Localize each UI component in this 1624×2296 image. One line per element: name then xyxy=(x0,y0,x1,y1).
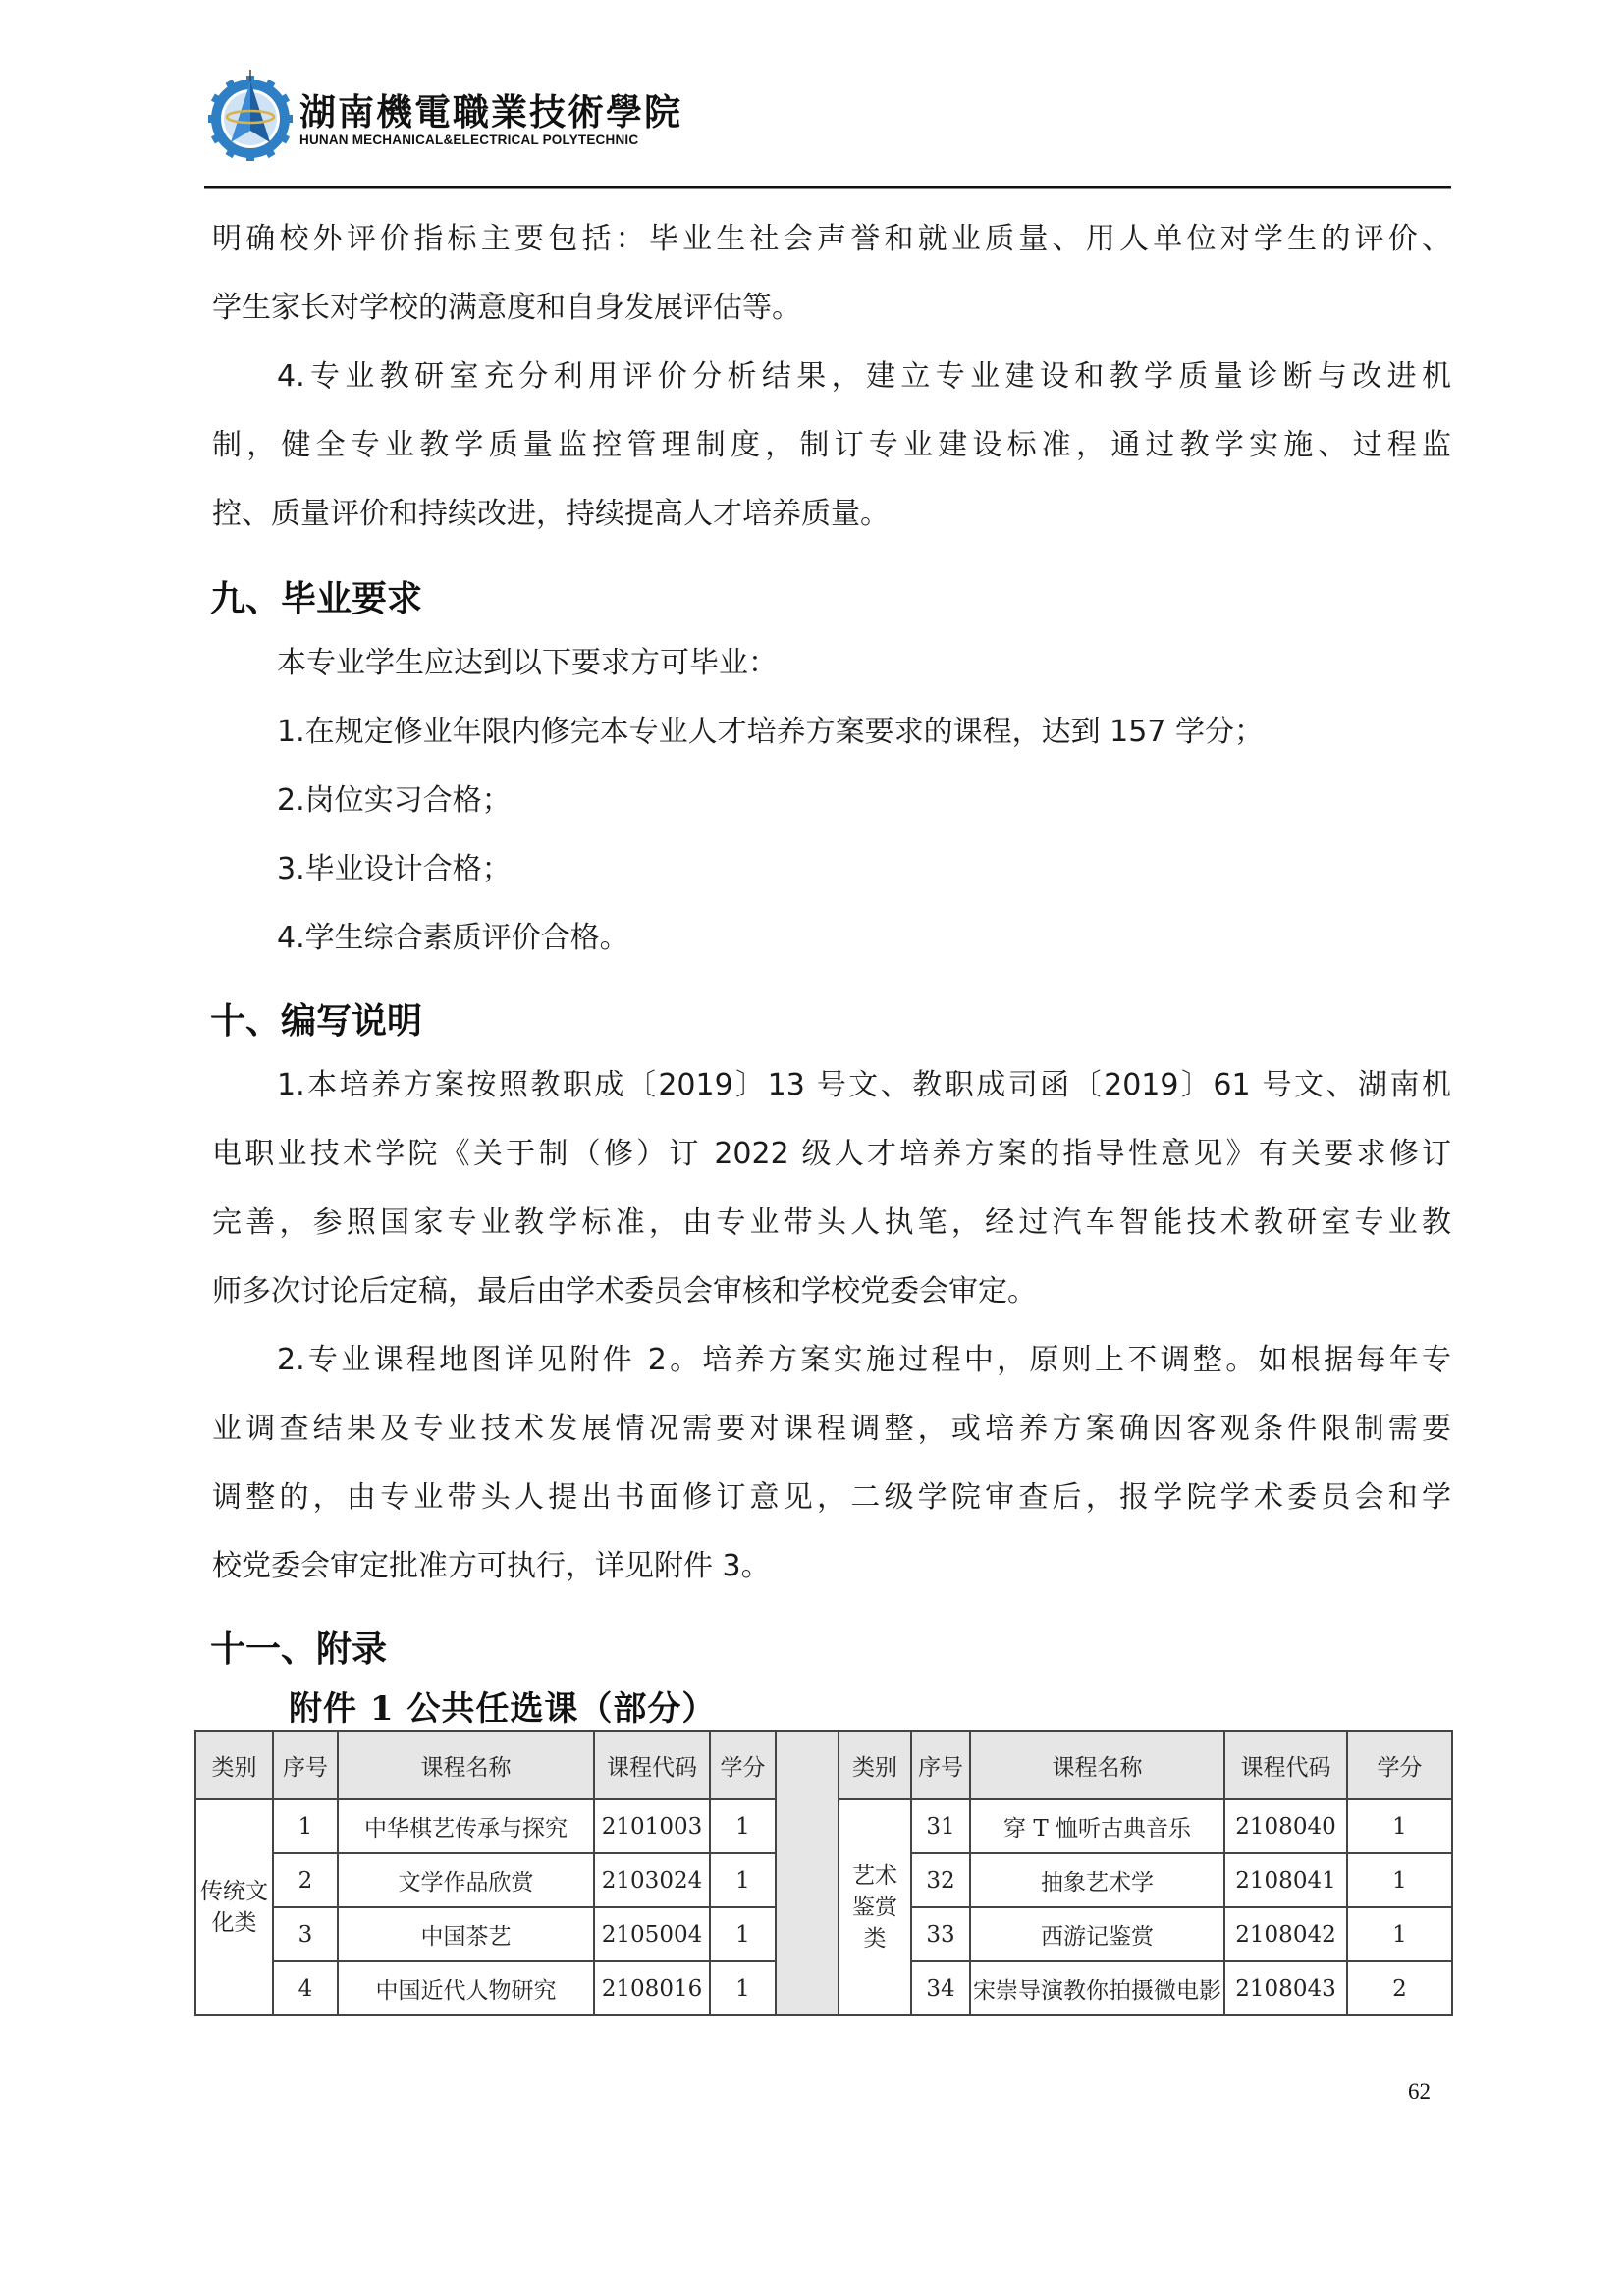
section-heading-notes: 十、编写说明 xyxy=(210,993,422,1043)
course-code: 2108016 xyxy=(594,1961,710,2015)
paragraph-line: 本专业学生应达到以下要求方可毕业： xyxy=(277,646,1451,681)
header-number: 序号 xyxy=(911,1731,970,1799)
paragraph-line: 业调查结果及专业技术发展情况需要对课程调整，或培养方案确因客观条件限制需要 xyxy=(212,1412,1451,1447)
course-credit: 1 xyxy=(1347,1907,1452,1961)
course-code: 2108040 xyxy=(1224,1799,1347,1853)
course-number: 31 xyxy=(911,1799,970,1853)
course-number: 32 xyxy=(911,1853,970,1907)
table-header-row: 类别 序号 课程名称 课程代码 学分 类别 序号 课程名称 课程代码 学分 xyxy=(195,1731,1452,1799)
header-logo xyxy=(208,65,293,161)
course-code: 2108042 xyxy=(1224,1907,1347,1961)
paragraph-line: 电职业技术学院《关于制（修）订 2022 级人才培养方案的指导性意见》有关要求修… xyxy=(212,1137,1451,1172)
table-spacer-column xyxy=(776,1731,839,2015)
elective-courses-table: 类别 序号 课程名称 课程代码 学分 类别 序号 课程名称 课程代码 学分 传统… xyxy=(194,1730,1453,2016)
course-code: 2103024 xyxy=(594,1853,710,1907)
course-name: 西游记鉴赏 xyxy=(970,1907,1224,1961)
requirement-item: 1.在规定修业年限内修完本专业人才培养方案要求的课程，达到 157 学分； xyxy=(277,715,1451,750)
header-course-code: 课程代码 xyxy=(1224,1731,1347,1799)
paragraph-line: 调整的，由专业带头人提出书面修订意见，二级学院审查后，报学院学术委员会和学 xyxy=(212,1480,1451,1516)
page-number: 62 xyxy=(1408,2079,1431,2105)
header-category: 类别 xyxy=(195,1731,273,1799)
course-credit: 1 xyxy=(710,1961,776,2015)
header-course-name: 课程名称 xyxy=(338,1731,594,1799)
course-name: 文学作品欣赏 xyxy=(338,1853,594,1907)
paragraph-line: 明确校外评价指标主要包括：毕业生社会声誉和就业质量、用人单位对学生的评价、 xyxy=(212,222,1451,257)
header-credit: 学分 xyxy=(1347,1731,1452,1799)
course-number: 4 xyxy=(273,1961,338,2015)
college-name-en: HUNAN MECHANICAL&ELECTRICAL POLYTECHNIC xyxy=(299,133,638,147)
course-name: 宋崇导演教你拍摄微电影 xyxy=(970,1961,1224,2015)
category-cell: 传统文化类 xyxy=(195,1799,273,2015)
header-course-name: 课程名称 xyxy=(970,1731,1224,1799)
course-name: 中华棋艺传承与探究 xyxy=(338,1799,594,1853)
category-cell: 艺术鉴赏类 xyxy=(839,1799,911,2015)
paragraph-line: 校党委会审定批准方可执行，详见附件 3。 xyxy=(212,1549,1451,1584)
requirement-item: 4.学生综合素质评价合格。 xyxy=(277,921,1451,956)
course-code: 2108041 xyxy=(1224,1853,1347,1907)
paragraph-line: 4.专业教研室充分利用评价分析结果，建立专业建设和教学质量诊断与改进机 xyxy=(277,359,1451,395)
course-code: 2105004 xyxy=(594,1907,710,1961)
paragraph-line: 师多次讨论后定稿，最后由学术委员会审核和学校党委会审定。 xyxy=(212,1274,1451,1309)
paragraph-line: 学生家长对学校的满意度和自身发展评估等。 xyxy=(212,291,1451,326)
course-number: 3 xyxy=(273,1907,338,1961)
paragraph-line: 2.专业课程地图详见附件 2。培养方案实施过程中，原则上不调整。如根据每年专 xyxy=(277,1343,1451,1378)
course-credit: 1 xyxy=(1347,1799,1452,1853)
table-caption: 附件 1 公共任选课（部分） xyxy=(289,1682,716,1730)
course-name: 抽象艺术学 xyxy=(970,1853,1224,1907)
requirement-item: 2.岗位实习合格； xyxy=(277,783,1451,819)
course-number: 33 xyxy=(911,1907,970,1961)
course-credit: 1 xyxy=(1347,1853,1452,1907)
header-credit: 学分 xyxy=(710,1731,776,1799)
course-credit: 1 xyxy=(710,1907,776,1961)
college-name-cn: 湖南機電職業技術學院 xyxy=(299,82,682,135)
course-name: 穿 T 恤听古典音乐 xyxy=(970,1799,1224,1853)
section-heading-appendix: 十一、附录 xyxy=(210,1622,387,1672)
course-number: 1 xyxy=(273,1799,338,1853)
header-category: 类别 xyxy=(839,1731,911,1799)
requirement-item: 3.毕业设计合格； xyxy=(277,852,1451,887)
college-gear-emblem-icon xyxy=(208,65,293,161)
course-code: 2101003 xyxy=(594,1799,710,1853)
course-code: 2108043 xyxy=(1224,1961,1347,2015)
header-course-code: 课程代码 xyxy=(594,1731,710,1799)
paragraph-line: 完善，参照国家专业教学标准，由专业带头人执笔，经过汽车智能技术教研室专业教 xyxy=(212,1205,1451,1241)
course-name: 中国茶艺 xyxy=(338,1907,594,1961)
course-credit: 1 xyxy=(710,1853,776,1907)
paragraph-line: 制，健全专业教学质量监控管理制度，制订专业建设标准，通过教学实施、过程监 xyxy=(212,428,1451,463)
section-heading-graduation: 九、毕业要求 xyxy=(210,571,422,621)
course-name: 中国近代人物研究 xyxy=(338,1961,594,2015)
course-credit: 1 xyxy=(710,1799,776,1853)
paragraph-line: 控、质量评价和持续改进，持续提高人才培养质量。 xyxy=(212,497,1451,532)
header-number: 序号 xyxy=(273,1731,338,1799)
course-number: 34 xyxy=(911,1961,970,2015)
course-number: 2 xyxy=(273,1853,338,1907)
course-credit: 2 xyxy=(1347,1961,1452,2015)
header-divider xyxy=(204,186,1451,189)
paragraph-line: 1.本培养方案按照教职成〔2019〕13 号文、教职成司函〔2019〕61 号文… xyxy=(277,1068,1451,1103)
